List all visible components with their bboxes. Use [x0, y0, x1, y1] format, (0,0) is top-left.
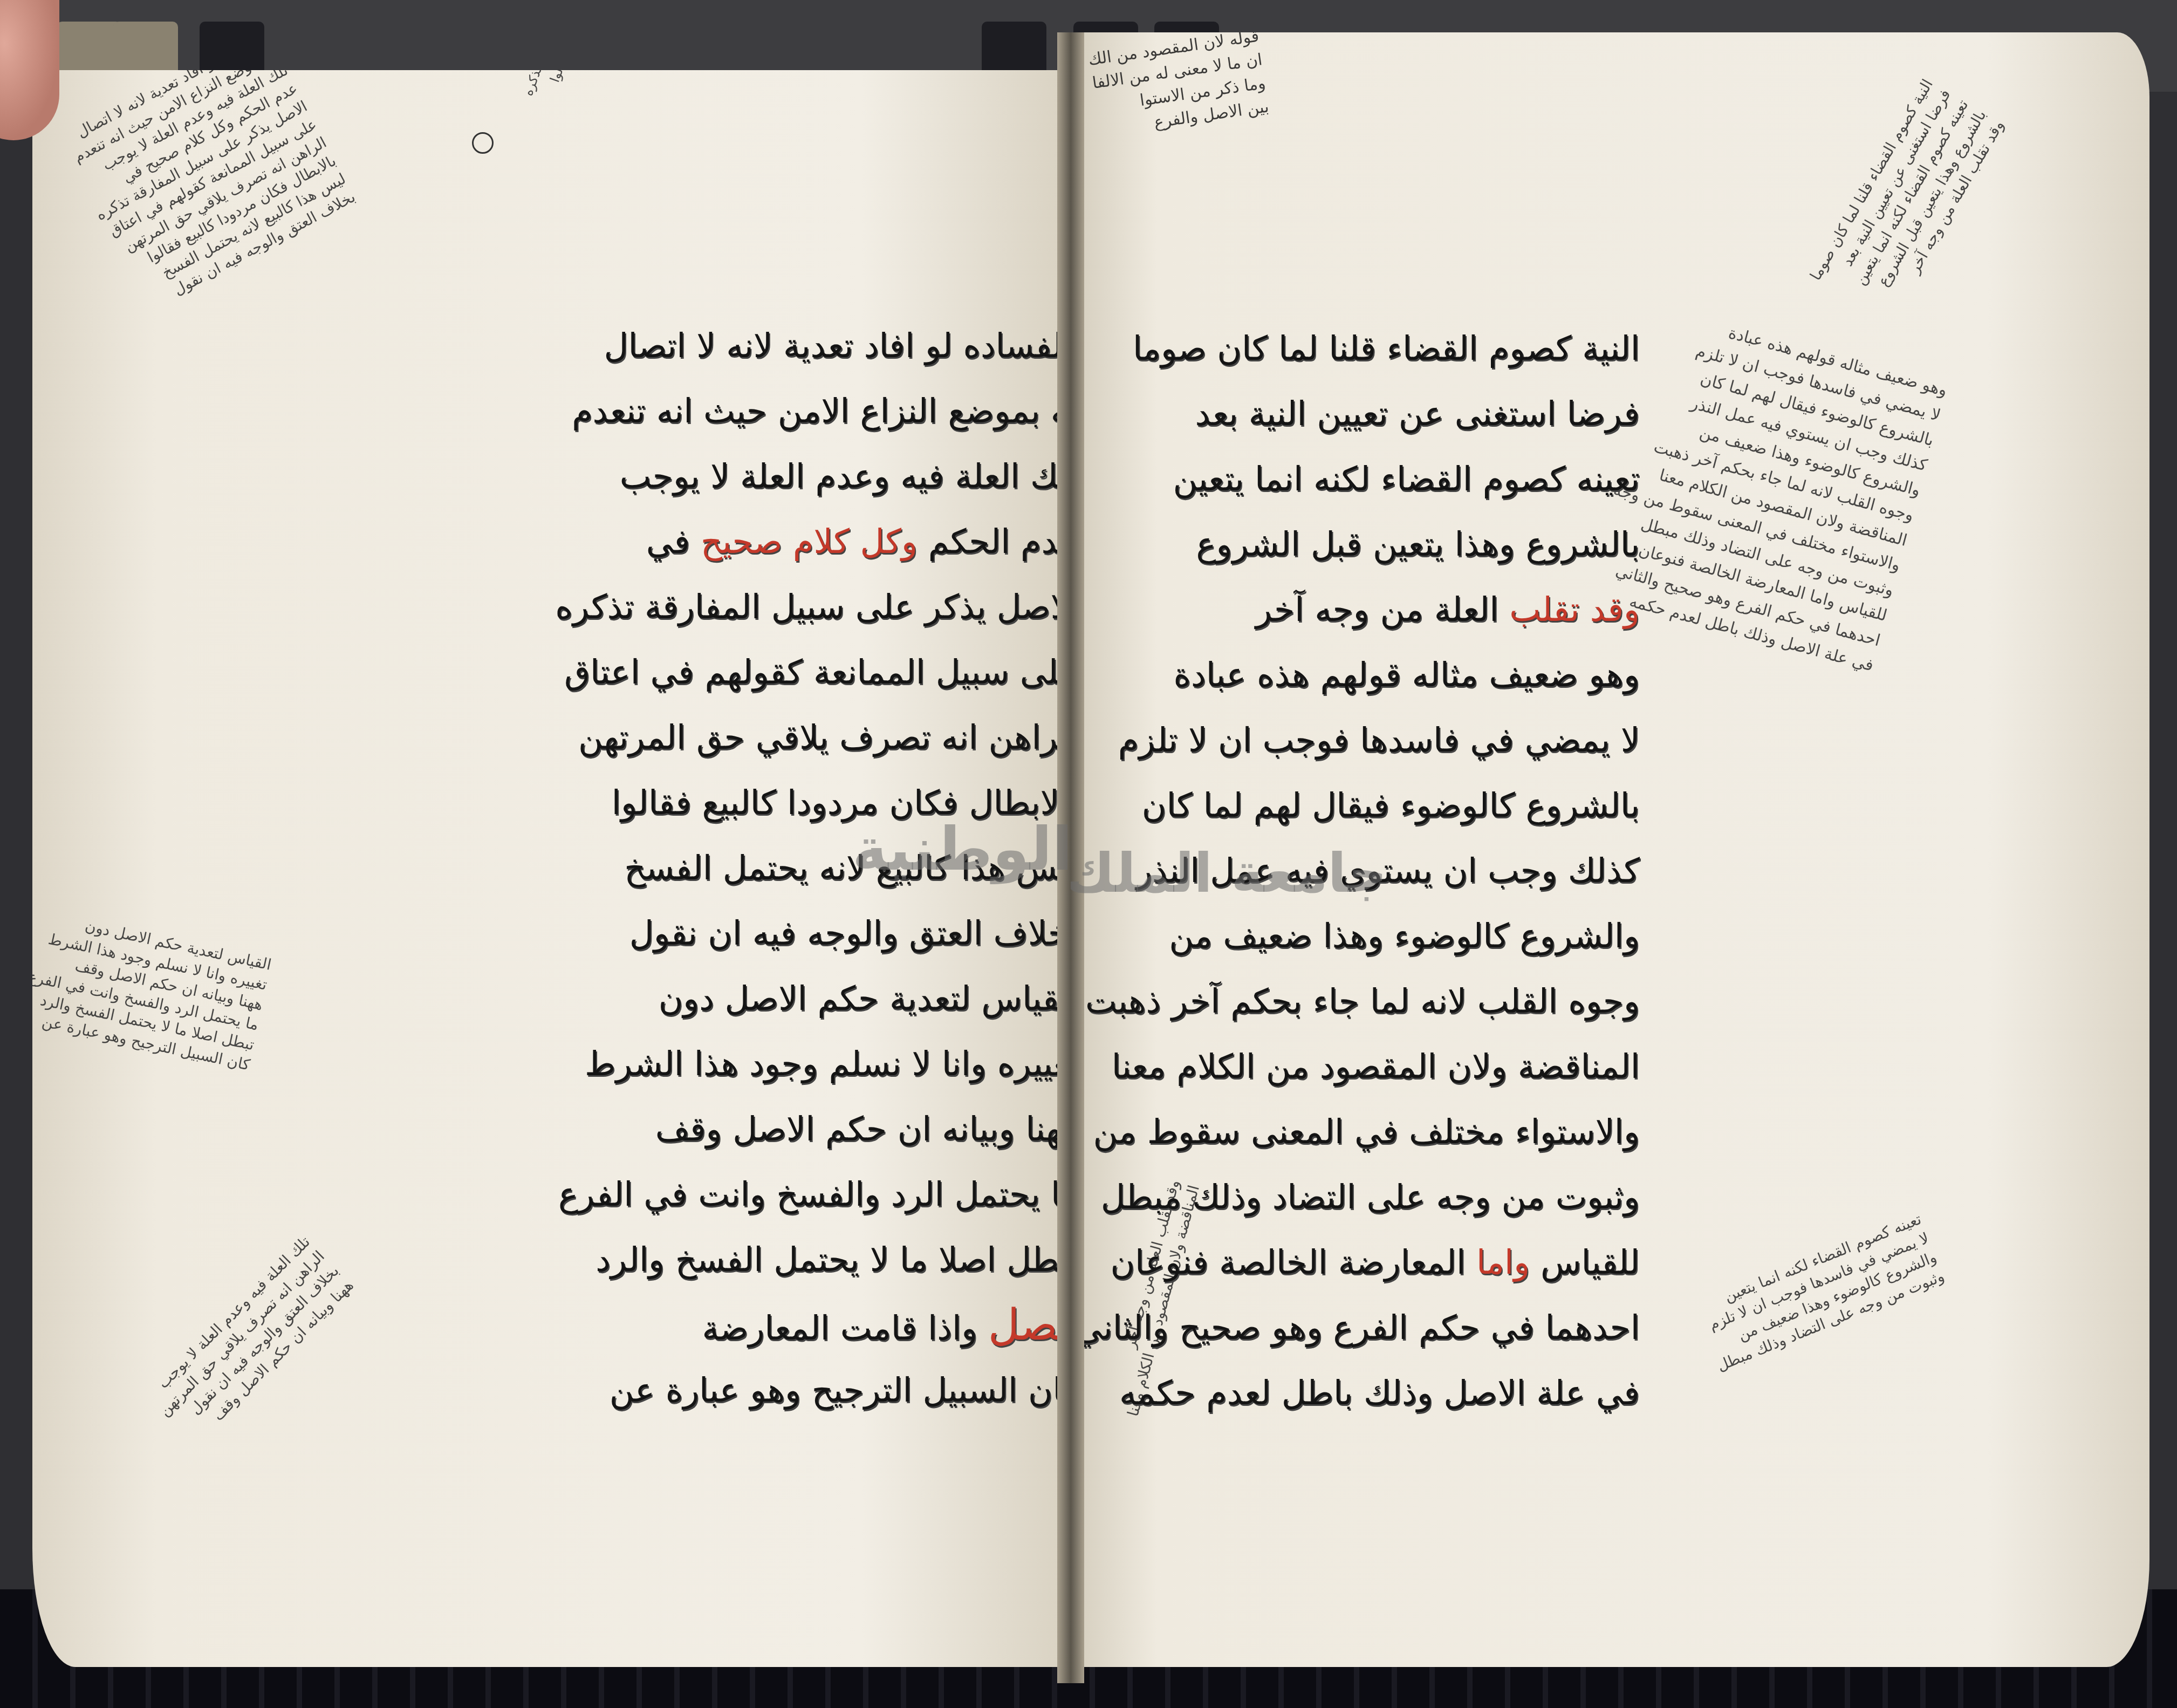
left-margin-gloss-lower: تلك العلة فيه وعدم العلة لا يوجب الراهن … [140, 1232, 358, 1450]
main-text-line: له بموضع النزاع الامن حيث انه تنعدم [529, 378, 1068, 443]
rubric: فصل [988, 1300, 1068, 1350]
main-text-line: احدهما في حكم الفرع وهو صحيح والثاني [1095, 1295, 1640, 1360]
main-text-line: ولفساده لو افاد تعدية لانه لا اتصال [529, 313, 1068, 378]
main-text-line: وجوه القلب لانه لما جاء بحكم آخر ذهبت [1095, 968, 1640, 1034]
top-margin-gloss: الاصل يذكر على سبيل المفارقة تذكره بالاب… [518, 70, 626, 106]
left-margin-gloss-upper: ولفساده لو افاد تعدية لانه لا اتصال له ب… [54, 70, 359, 316]
main-text-line: ههنا وبيانه ان حكم الاصل وقف [529, 1096, 1068, 1162]
right-margin-gloss-lower: تعينه كصوم القضاء لكنه انما يتعين لا يمض… [1691, 1209, 1947, 1376]
main-text-line: وهو ضعيف مثاله قولهم هذه عبادة [1095, 642, 1640, 707]
main-text-line: المناقضة ولان المقصود من الكلام معنا [1095, 1034, 1640, 1099]
main-text-line: لا يمضي في فاسدها فوجب ان لا تلزم [1095, 707, 1640, 773]
main-text-line-with-rubric: للقياس واما المعارضة الخالصة فنوعان [1095, 1229, 1640, 1295]
main-text-line: تبطل اصلا ما لا يحتمل الفسخ والرد [529, 1227, 1068, 1292]
right-page: قوله لان المقصود من الك ان ما لا معنى له… [1071, 32, 2149, 1667]
top-margin-gloss: قوله لان المقصود من الك ان ما لا معنى له… [1087, 32, 1270, 142]
main-text-line: وثبوت من وجه على التضاد وذلك مبطل [1095, 1164, 1640, 1229]
main-text-line-with-rubric: وقد تقلب العلة من وجه آخر [1095, 577, 1640, 642]
main-text-line-with-rubric: عدم الحكم وكل كلام صحيح فيعدم الحكم وكل … [529, 509, 1068, 574]
main-text-line: والشروع كالوضوء وهذا ضعيف من [1095, 903, 1640, 968]
main-text-line: تعينه كصوم القضاء لكنه انما يتعين [1095, 446, 1640, 511]
circle-mark-icon [472, 132, 494, 154]
rubric: واما [1476, 1242, 1530, 1282]
main-text-line-with-rubric: فصل واذا قامت المعارضة [529, 1292, 1068, 1357]
main-text-line: على سبيل الممانعة كقولهم في اعتاق [529, 639, 1068, 705]
main-text-line: بخلاف العتق والوجه فيه ان نقول [529, 900, 1068, 966]
gloss-line: بالابطال فكان مردودا كالبيع فقالوا [537, 70, 626, 106]
rubric: وكل كلام صحيح [701, 522, 918, 561]
main-text-line: ما يحتمل الرد والفسخ وانت في الفرع [529, 1162, 1068, 1227]
left-margin-gloss-middle: القياس لتعدية حكم الاصل دون تغييره وانا … [32, 906, 273, 1076]
main-text-line: الاصل يذكر على سبيل المفارقة تذكره [529, 574, 1068, 639]
main-text-line: تغييره وانا لا نسلم وجود هذا الشرط [529, 1031, 1068, 1096]
main-text-line: كان السبيل الترجيح وهو عبارة عن [529, 1357, 1068, 1423]
main-text-line: النية كصوم القضاء قلنا لما كان صوما [1095, 316, 1640, 381]
main-text-line: في علة الاصل وذلك باطل لعدم حكمه [1095, 1360, 1640, 1425]
left-page: ولفساده لو افاد تعدية لانه لا اتصال له ب… [32, 70, 1068, 1667]
main-text-line: تلك العلة فيه وعدم العلة لا يوجب [529, 443, 1068, 509]
watermark: جامعة الملك [1071, 842, 1387, 905]
main-text-line: الراهن انه تصرف يلاقي حق المرتهن [529, 705, 1068, 770]
main-text-line: بالشروع كالوضوء فيقال لهم لما كان [1095, 773, 1640, 838]
main-text-line: فرضا استغنى عن تعيين النية بعد [1095, 381, 1640, 446]
rubric: وقد تقلب [1509, 590, 1640, 629]
main-text-line: القياس لتعدية حكم الاصل دون [529, 966, 1068, 1031]
right-margin-gloss-upper: النية كصوم القضاء قلنا لما كان صوما فرضا… [1805, 76, 2009, 325]
main-text-line: بالشروع وهذا يتعين قبل الشروع [1095, 511, 1640, 577]
watermark: الوطنية [852, 815, 1068, 884]
main-text-line: والاستواء مختلف في المعنى سقوط من وجه [1095, 1099, 1640, 1164]
finger-holding-page [0, 0, 59, 140]
